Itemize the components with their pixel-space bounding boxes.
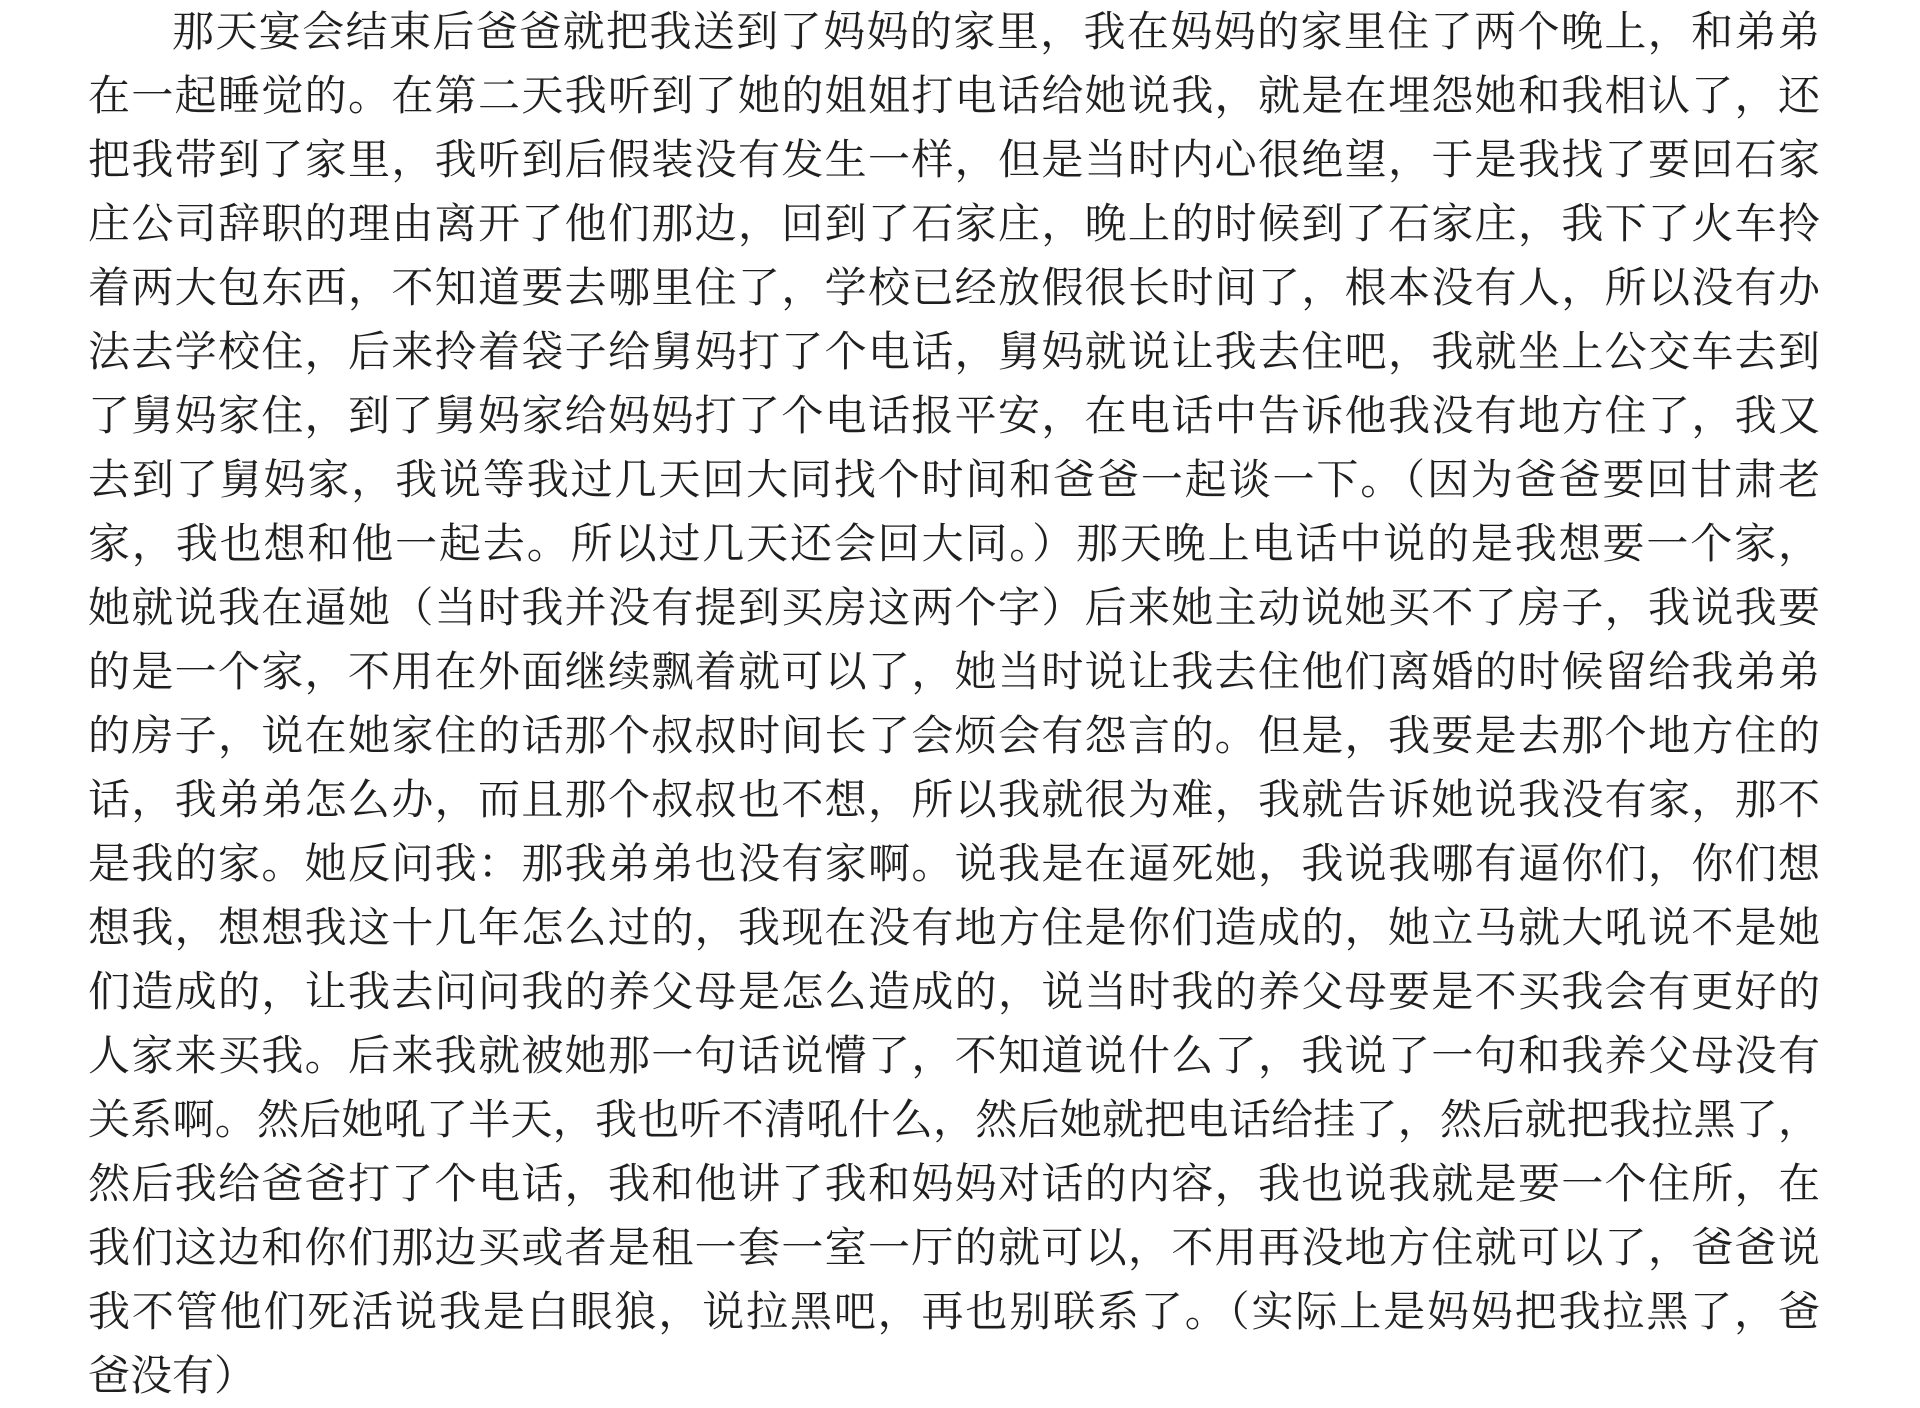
- text-line: 话，我弟弟怎么办，而且那个叔叔也不想，所以我就很为难，我就告诉她说我没有家，那不: [88, 768, 1820, 832]
- text-line: 然后我给爸爸打了个电话，我和他讲了我和妈妈对话的内容，我也说我就是要一个住所，在: [88, 1152, 1820, 1216]
- text-line: 们造成的，让我去问问我的养父母是怎么造成的，说当时我的养父母要是不买我会有更好的: [88, 960, 1820, 1024]
- text-line: 着两大包东西，不知道要去哪里住了，学校已经放假很长时间了，根本没有人，所以没有办: [88, 256, 1820, 320]
- text-line: 爸没有）: [88, 1344, 1820, 1408]
- text-line: 是我的家。她反问我：那我弟弟也没有家啊。说我是在逼死她，我说我哪有逼你们，你们想: [88, 832, 1820, 896]
- text-line: 把我带到了家里，我听到后假装没有发生一样，但是当时内心很绝望，于是我找了要回石家: [88, 128, 1820, 192]
- text-line: 庄公司辞职的理由离开了他们那边，回到了石家庄，晚上的时候到了石家庄，我下了火车拎: [88, 192, 1820, 256]
- text-line: 的是一个家，不用在外面继续飘着就可以了，她当时说让我去住他们离婚的时候留给我弟弟: [88, 640, 1820, 704]
- text-line: 了舅妈家住，到了舅妈家给妈妈打了个电话报平安，在电话中告诉他我没有地方住了，我又: [88, 384, 1820, 448]
- text-line: 的房子，说在她家住的话那个叔叔时间长了会烦会有怨言的。但是，我要是去那个地方住的: [88, 704, 1820, 768]
- text-line: 她就说我在逼她（当时我并没有提到买房这两个字）后来她主动说她买不了房子，我说我要: [88, 576, 1820, 640]
- text-line: 人家来买我。后来我就被她那一句话说懵了，不知道说什么了，我说了一句和我养父母没有: [88, 1024, 1820, 1088]
- text-line: 去到了舅妈家，我说等我过几天回大同找个时间和爸爸一起谈一下。（因为爸爸要回甘肃老: [88, 448, 1820, 512]
- paragraph: 那天宴会结束后爸爸就把我送到了妈妈的家里，我在妈妈的家里住了两个晚上，和弟弟 在…: [88, 0, 1820, 1408]
- text-line: 想我，想想我这十几年怎么过的，我现在没有地方住是你们造成的，她立马就大吼说不是她: [88, 896, 1820, 960]
- text-line: 在一起睡觉的。在第二天我听到了她的姐姐打电话给她说我，就是在埋怨她和我相认了，还: [88, 64, 1820, 128]
- text-line: 我不管他们死活说我是白眼狼，说拉黑吧，再也别联系了。（实际上是妈妈把我拉黑了，爸: [88, 1280, 1820, 1344]
- document-page: 那天宴会结束后爸爸就把我送到了妈妈的家里，我在妈妈的家里住了两个晚上，和弟弟 在…: [0, 0, 1920, 1408]
- text-line: 关系啊。然后她吼了半天，我也听不清吼什么，然后她就把电话给挂了，然后就把我拉黑了…: [88, 1088, 1820, 1152]
- text-line: 法去学校住，后来拎着袋子给舅妈打了个电话，舅妈就说让我去住吧，我就坐上公交车去到: [88, 320, 1820, 384]
- text-line: 我们这边和你们那边买或者是租一套一室一厅的就可以，不用再没地方住就可以了，爸爸说: [88, 1216, 1820, 1280]
- text-line: 那天宴会结束后爸爸就把我送到了妈妈的家里，我在妈妈的家里住了两个晚上，和弟弟: [88, 0, 1820, 64]
- text-line: 家，我也想和他一起去。所以过几天还会回大同。）那天晚上电话中说的是我想要一个家，: [88, 512, 1820, 576]
